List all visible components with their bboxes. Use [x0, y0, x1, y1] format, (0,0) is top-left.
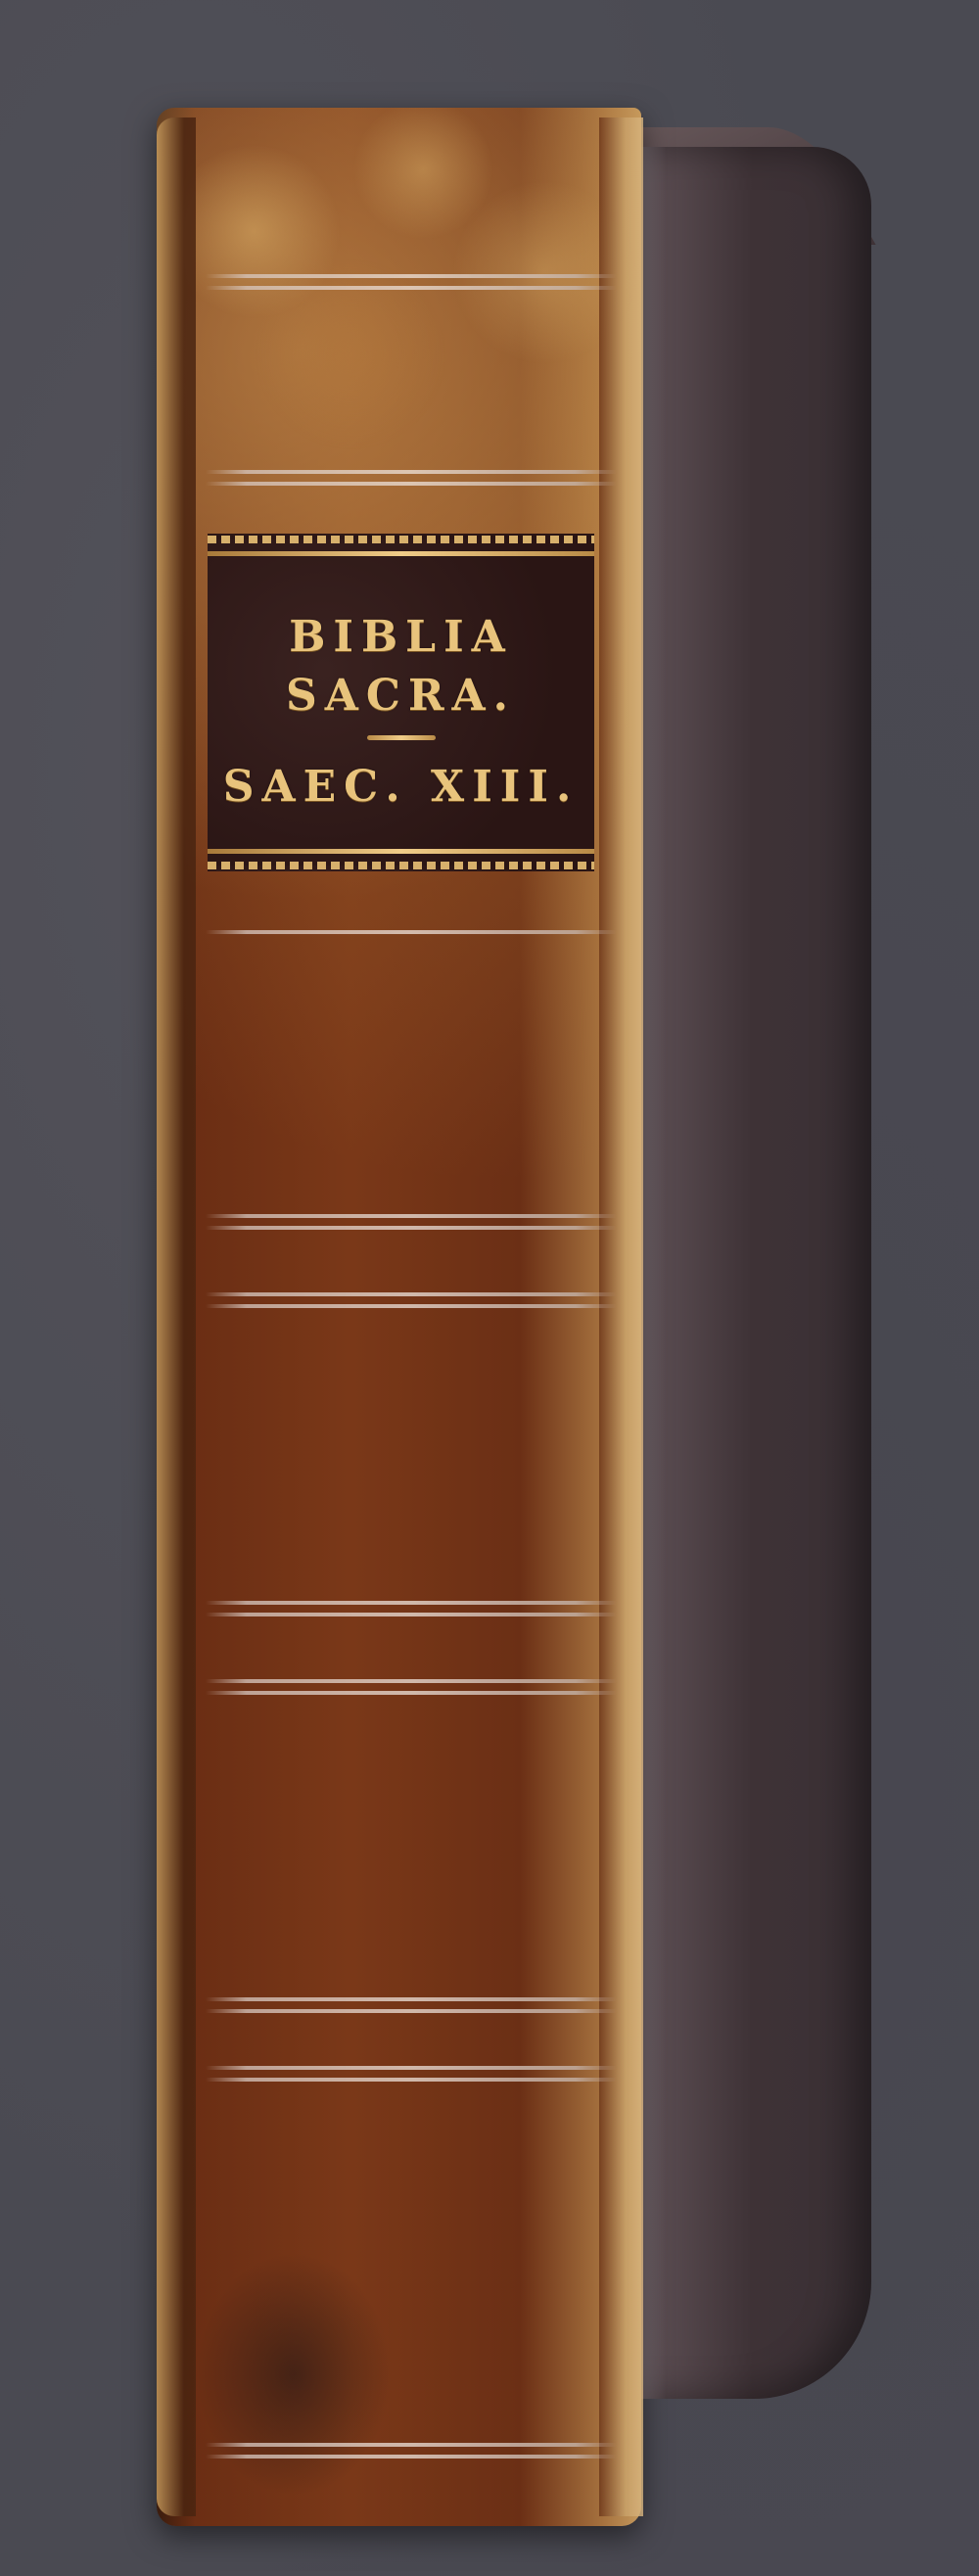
spine-band: [206, 274, 617, 304]
spine-band: [206, 930, 617, 960]
gilt-dotted-border-top: [208, 536, 594, 543]
spine-band: [206, 2443, 617, 2472]
photo-scene: BIBLIA SACRA. SAEC. XIII.: [0, 0, 979, 2576]
gilt-rule-top: [208, 551, 594, 556]
spine-band: [206, 1214, 617, 1243]
gilt-rule-bottom: [208, 849, 594, 854]
book-side-cover: [607, 147, 871, 2399]
spine-edge-left: [157, 117, 196, 2516]
title-line-3: SAEC. XIII.: [208, 758, 594, 817]
spine-band: [206, 1292, 617, 1322]
title-line-1: BIBLIA: [208, 608, 594, 667]
spine-band: [206, 2066, 617, 2095]
label-text: BIBLIA SACRA. SAEC. XIII.: [208, 608, 594, 817]
spine-band: [206, 1679, 617, 1709]
gilt-divider: [367, 735, 436, 740]
spine-band: [206, 1997, 617, 2027]
spine-title-label: BIBLIA SACRA. SAEC. XIII.: [208, 534, 594, 871]
gilt-dotted-border-bottom: [208, 862, 594, 869]
spine-band: [206, 470, 617, 499]
spine-band: [206, 1601, 617, 1630]
title-line-2: SACRA.: [208, 667, 594, 726]
